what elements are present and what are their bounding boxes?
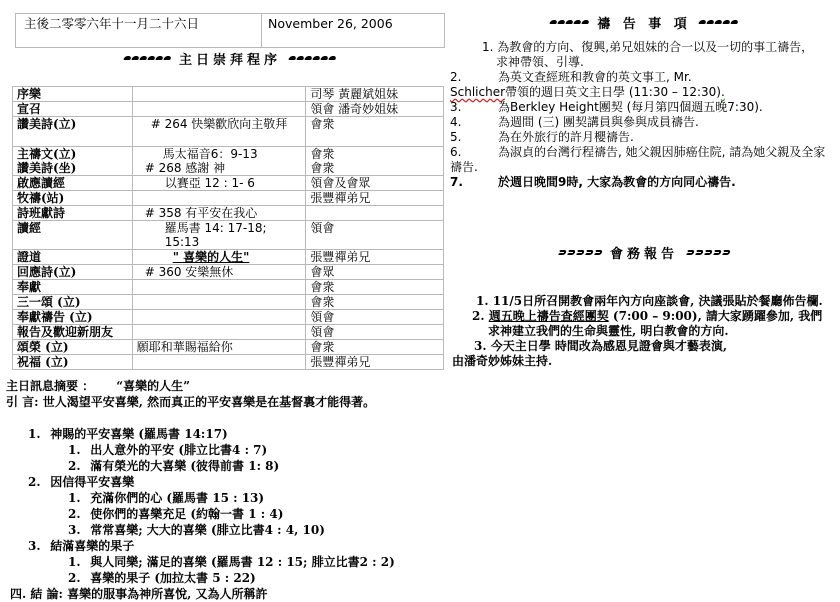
order-item: 讚美詩(立) [13,117,133,147]
church-affairs-list: 1. 11/5日所召開教會兩年內方向座談會, 決議張貼於餐廳佈告欄. 2. 週五… [452,294,838,369]
prayer-text: 為週間 (三) 團契講員與參與成員禱告. [498,115,699,129]
order-person: 領會及會眾 [306,176,444,191]
order-item: 奉獻 [13,280,133,295]
prayer-item: 1. 為教會的方向、復興,弟兄姐妹的合一以及一切的事工禱告， 求神帶領、引導. [450,40,838,70]
sermon-outline: 主日訊息摘要 ：“喜樂的人生” 引 言: 世人渴望平安喜樂, 然而真正的平安喜樂… [6,378,436,602]
order-detail-group: 馬太福音6：9-13 # 268 感謝 神 [132,147,306,176]
order-item: 讀經 [13,221,133,250]
table-row: 奉獻 會衆 [13,280,444,295]
date-chinese: 主後二零零六年十一月二十六日 [16,14,262,47]
order-person: 會衆 [310,147,439,161]
order-item: 奉獻禱告 (立) [13,310,133,325]
table-row: 讚美詩(立) # 264 快樂歡欣向主敬拜 會衆 [13,117,444,147]
order-detail: # 264 快樂歡欣向主敬拜 [132,117,306,147]
order-item: 啟應讀經 [13,176,133,191]
affairs-text: (7:00 – 9:00), 請大家踴躍參加, 我們 [609,309,823,323]
subpoint-text: 常常喜樂; 大大的喜樂 (腓立比書4 : 4, 10) [90,523,325,537]
subpoint-number: 1. [68,490,86,506]
prayer-text: 為在外旅行的許月櫻禱告. [498,130,634,144]
order-item: 回應詩(立) [13,265,133,280]
order-item: 祝福 (立) [13,355,133,370]
spellcheck-word: Schlicher [450,85,505,99]
outline-subpoint: 2. 使你們的喜樂充足 (約翰一書 1 : 4) [6,506,436,522]
order-person: 領會 潘奇妙姐妹 [306,102,444,117]
point-text: 神賜的平安喜樂 (羅馬書 14:17) [50,427,228,441]
order-detail [132,280,306,295]
prayer-text-cont: 求神帶領、引導. [482,55,838,70]
order-person: 會衆 [306,280,444,295]
affairs-item: 2. 週五晚上禱告查經團契 (7:00 – 9:00), 請大家踴躍參加, 我們 [452,309,838,324]
prayer-text: 為英文查經班和教會的英文事工, Mr. [498,70,692,84]
subpoint-number: 1. [68,442,86,458]
table-row: 啟應讀經 以賽亞 12 : 1- 6 領會及會眾 [13,176,444,191]
table-row: 奉獻禱告 (立) 領會 [13,310,444,325]
order-person: 會衆 [306,117,444,147]
order-person-group: 會衆 會衆 [306,147,444,176]
sermon-intro: 引 言: 世人渴望平安喜樂, 然而真正的平安喜樂是在基督裏才能得著。 [6,394,436,410]
order-person: 司琴 黃麗斌姐妹 [306,87,444,102]
order-item: 三一頌 (立) [13,295,133,310]
subpoint-text: 喜樂的果子 (加拉太書 5 : 22) [90,571,256,585]
order-detail: # 360 安樂無休 [132,265,306,280]
order-item: 報告及歡迎新朋友 [13,325,133,340]
affairs-item: 1. 11/5日所召開教會兩年內方向座談會, 決議張貼於餐廳佈告欄. [452,294,838,309]
prayer-text: 於週日晚間9時, 大家為教會的方向同心禱告. [498,175,736,189]
table-row: 回應詩(立) # 360 安樂無休 會眾 [13,265,444,280]
prayer-number: 4. [450,115,498,130]
prayer-number: 6. [450,145,498,160]
order-person: 會衆 [310,161,439,175]
table-row: 三一頌 (立) 會衆 [13,295,444,310]
order-person: 會衆 [306,340,444,355]
order-detail: # 268 感謝 神 [137,161,302,175]
order-item: 序樂 [13,87,133,102]
order-person [306,206,444,221]
outline-point: 3. 結滿喜樂的果子 [6,538,436,554]
outline-subpoint: 1. 出人意外的平安 (腓立比書4 : 7) [6,442,436,458]
order-detail [132,102,306,117]
church-affairs-title: 會務報告 [610,243,678,262]
subpoint-text: 使你們的喜樂充足 (約翰一書 1 : 4) [90,507,283,521]
affairs-item: 3. 今天主日學 時間改為感恩見證會與才藝表演, [452,339,838,354]
subpoint-number: 1. [68,554,86,570]
order-item: 宣召 [13,102,133,117]
order-person: 張豐禪弟兄 [306,191,444,206]
affairs-fellowship-link: 週五晚上禱告查經團契 [489,309,609,323]
order-item: 證道 [13,250,133,265]
outline-list: 1. 神賜的平安喜樂 (羅馬書 14:17) 1. 出人意外的平安 (腓立比書4… [6,426,436,602]
prayer-number: 5. [450,130,498,145]
order-person: 領會 [306,325,444,340]
order-item: 讚美詩(坐) [17,161,128,175]
order-person: 張豐禪弟兄 [306,355,444,370]
worship-order-title: 主日崇拜程序 [179,49,281,68]
date-english: November 26, 2006 [262,14,444,47]
subpoint-number: 2. [68,570,86,586]
ornament-icon [699,20,738,24]
order-detail [132,295,306,310]
prayer-item: 7.於週日晚間9時, 大家為教會的方向同心禱告. [450,175,838,190]
subpoint-text: 滿有榮光的大喜樂 (彼得前書 1: 8) [90,459,279,473]
subpoint-number: 2. [68,458,86,474]
prayer-text: 為淑貞的台灣行程禱告, 她父親因肺癌住院, 請為她父親及全家 [498,145,825,159]
table-row: 主禱文(立) 讚美詩(坐) 馬太福音6：9-13 # 268 感謝 神 會衆 會… [13,147,444,176]
outline-subpoint: 3. 常常喜樂; 大大的喜樂 (腓立比書4 : 4, 10) [6,522,436,538]
prayer-item: 6.為淑貞的台灣行程禱告, 她父親因肺癌住院, 請為她父親及全家 [450,145,838,160]
outline-subpoint: 1. 充滿你們的心 (羅馬書 15 : 13) [6,490,436,506]
order-detail: # 358 有平安在我心 [132,206,306,221]
outline-subpoint: 2. 滿有榮光的大喜樂 (彼得前書 1: 8) [6,458,436,474]
church-affairs-heading: 會務報告 [450,244,838,260]
order-person: 會眾 [306,265,444,280]
grammar-mark: . [721,85,725,99]
outline-point: 1. 神賜的平安喜樂 (羅馬書 14:17) [6,426,436,442]
table-row: 牧禱(站) 張豐禪弟兄 [13,191,444,206]
order-detail [132,325,306,340]
prayer-item-cont: Schlicher帶領的週日英文主日學 (11:30 – 12:30). [450,85,838,100]
affairs-number: 2. [472,309,489,323]
prayer-requests-title: 禱 告 事 項 [597,13,691,32]
date-header: 主後二零零六年十一月二十六日 November 26, 2006 [15,13,445,48]
order-person: 會衆 [306,295,444,310]
table-row: 詩班獻詩 # 358 有平安在我心 [13,206,444,221]
order-item: 牧禱(站) [13,191,133,206]
order-detail: 願耶和華賜福給你 [132,340,306,355]
order-item-group: 主禱文(立) 讚美詩(坐) [13,147,133,176]
subpoint-number: 2. [68,506,86,522]
prayer-number: 1. [482,40,493,54]
table-row: 宣召 領會 潘奇妙姐妹 [13,102,444,117]
order-item: 主禱文(立) [17,147,128,161]
affairs-item-cont: 由潘奇妙姊妹主持. [452,354,838,369]
prayer-item: 3.為Berkley Height團契 (每月第四個週五晚7:30). [450,100,838,115]
order-item: 頌榮 (立) [13,340,133,355]
ornament-icon [550,20,589,24]
point-text: 因信得平安喜樂 [50,475,134,489]
point-number: 1. [28,426,46,442]
prayer-number: 2. [450,70,498,85]
sermon-summary-heading: 主日訊息摘要 ：“喜樂的人生” [6,378,436,394]
ornament-icon [289,56,336,60]
order-person: 領會 [306,221,444,250]
prayer-number: 3. [450,100,498,115]
ornament-icon [558,250,602,255]
order-detail [132,310,306,325]
order-detail: 羅馬書 14: 17-18; 15:13 [132,221,306,250]
summary-label: 主日訊息摘要 ： [6,379,94,393]
order-detail [132,355,306,370]
table-row: 證道 " 喜樂的人生" 張豐禪弟兄 [13,250,444,265]
prayer-text: 為教會的方向、復興,弟兄姐妹的合一以及一切的事工禱告， [497,40,813,54]
worship-order-heading: 主日崇拜程序 [15,50,445,66]
point-number: 3. [28,538,46,554]
table-row: 報告及歡迎新朋友 領會 [13,325,444,340]
prayer-item: 2.為英文查經班和教會的英文事工, Mr. [450,70,838,85]
order-person: 領會 [306,310,444,325]
prayer-text: 為Berkley Height團契 (每月第四個週五晚7:30). [498,100,763,114]
prayer-item: 5.為在外旅行的許月櫻禱告. [450,130,838,145]
table-row: 序樂 司琴 黃麗斌姐妹 [13,87,444,102]
subpoint-text: 出人意外的平安 (腓立比書4 : 7) [90,443,267,457]
point-text: 結滿喜樂的果子 [50,539,134,553]
ornament-icon [124,56,171,60]
prayer-number: 7. [450,175,498,190]
point-number: 2. [28,474,46,490]
sermon-title: " 喜樂的人生" [132,250,306,265]
summary-title: “喜樂的人生” [116,379,190,393]
prayer-requests-heading: 禱 告 事 項 [450,14,838,30]
prayer-item-cont: 禱告. [450,160,838,175]
order-person: 張豐禪弟兄 [306,250,444,265]
outline-point: 2. 因信得平安喜樂 [6,474,436,490]
affairs-item-cont: 求神建立我們的生命與靈性, 明白教會的方向. [452,324,838,339]
order-item: 詩班獻詩 [13,206,133,221]
prayer-item: 4.為週間 (三) 團契講員與參與成員禱告. [450,115,838,130]
table-row: 祝福 (立) 張豐禪弟兄 [13,355,444,370]
table-row: 讀經 羅馬書 14: 17-18; 15:13 領會 [13,221,444,250]
outline-subpoint: 1. 與人同樂; 滿足的喜樂 (羅馬書 12 : 15; 腓立比書2 : 2) [6,554,436,570]
order-detail: 馬太福音6：9-13 [137,147,302,161]
order-detail [132,87,306,102]
prayer-requests-list: 1. 為教會的方向、復興,弟兄姐妹的合一以及一切的事工禱告， 求神帶領、引導. … [450,40,838,190]
outline-subpoint: 2. 喜樂的果子 (加拉太書 5 : 22) [6,570,436,586]
order-detail [132,191,306,206]
order-detail: 以賽亞 12 : 1- 6 [132,176,306,191]
prayer-text-cont: 帶領的週日英文主日學 (11:30 – 12:30) [505,85,721,99]
table-row: 頌榮 (立) 願耶和華賜福給你 會衆 [13,340,444,355]
ornament-icon [686,250,730,255]
worship-order-table: 序樂 司琴 黃麗斌姐妹 宣召 領會 潘奇妙姐妹 讚美詩(立) # 264 快樂歡… [12,86,444,370]
subpoint-number: 3. [68,522,86,538]
subpoint-text: 與人同樂; 滿足的喜樂 (羅馬書 12 : 15; 腓立比書2 : 2) [90,555,395,569]
sermon-conclusion: 四. 結 論: 喜樂的服事為神所喜悅, 又為人所稱許 [6,586,436,602]
subpoint-text: 充滿你們的心 (羅馬書 15 : 13) [90,491,264,505]
